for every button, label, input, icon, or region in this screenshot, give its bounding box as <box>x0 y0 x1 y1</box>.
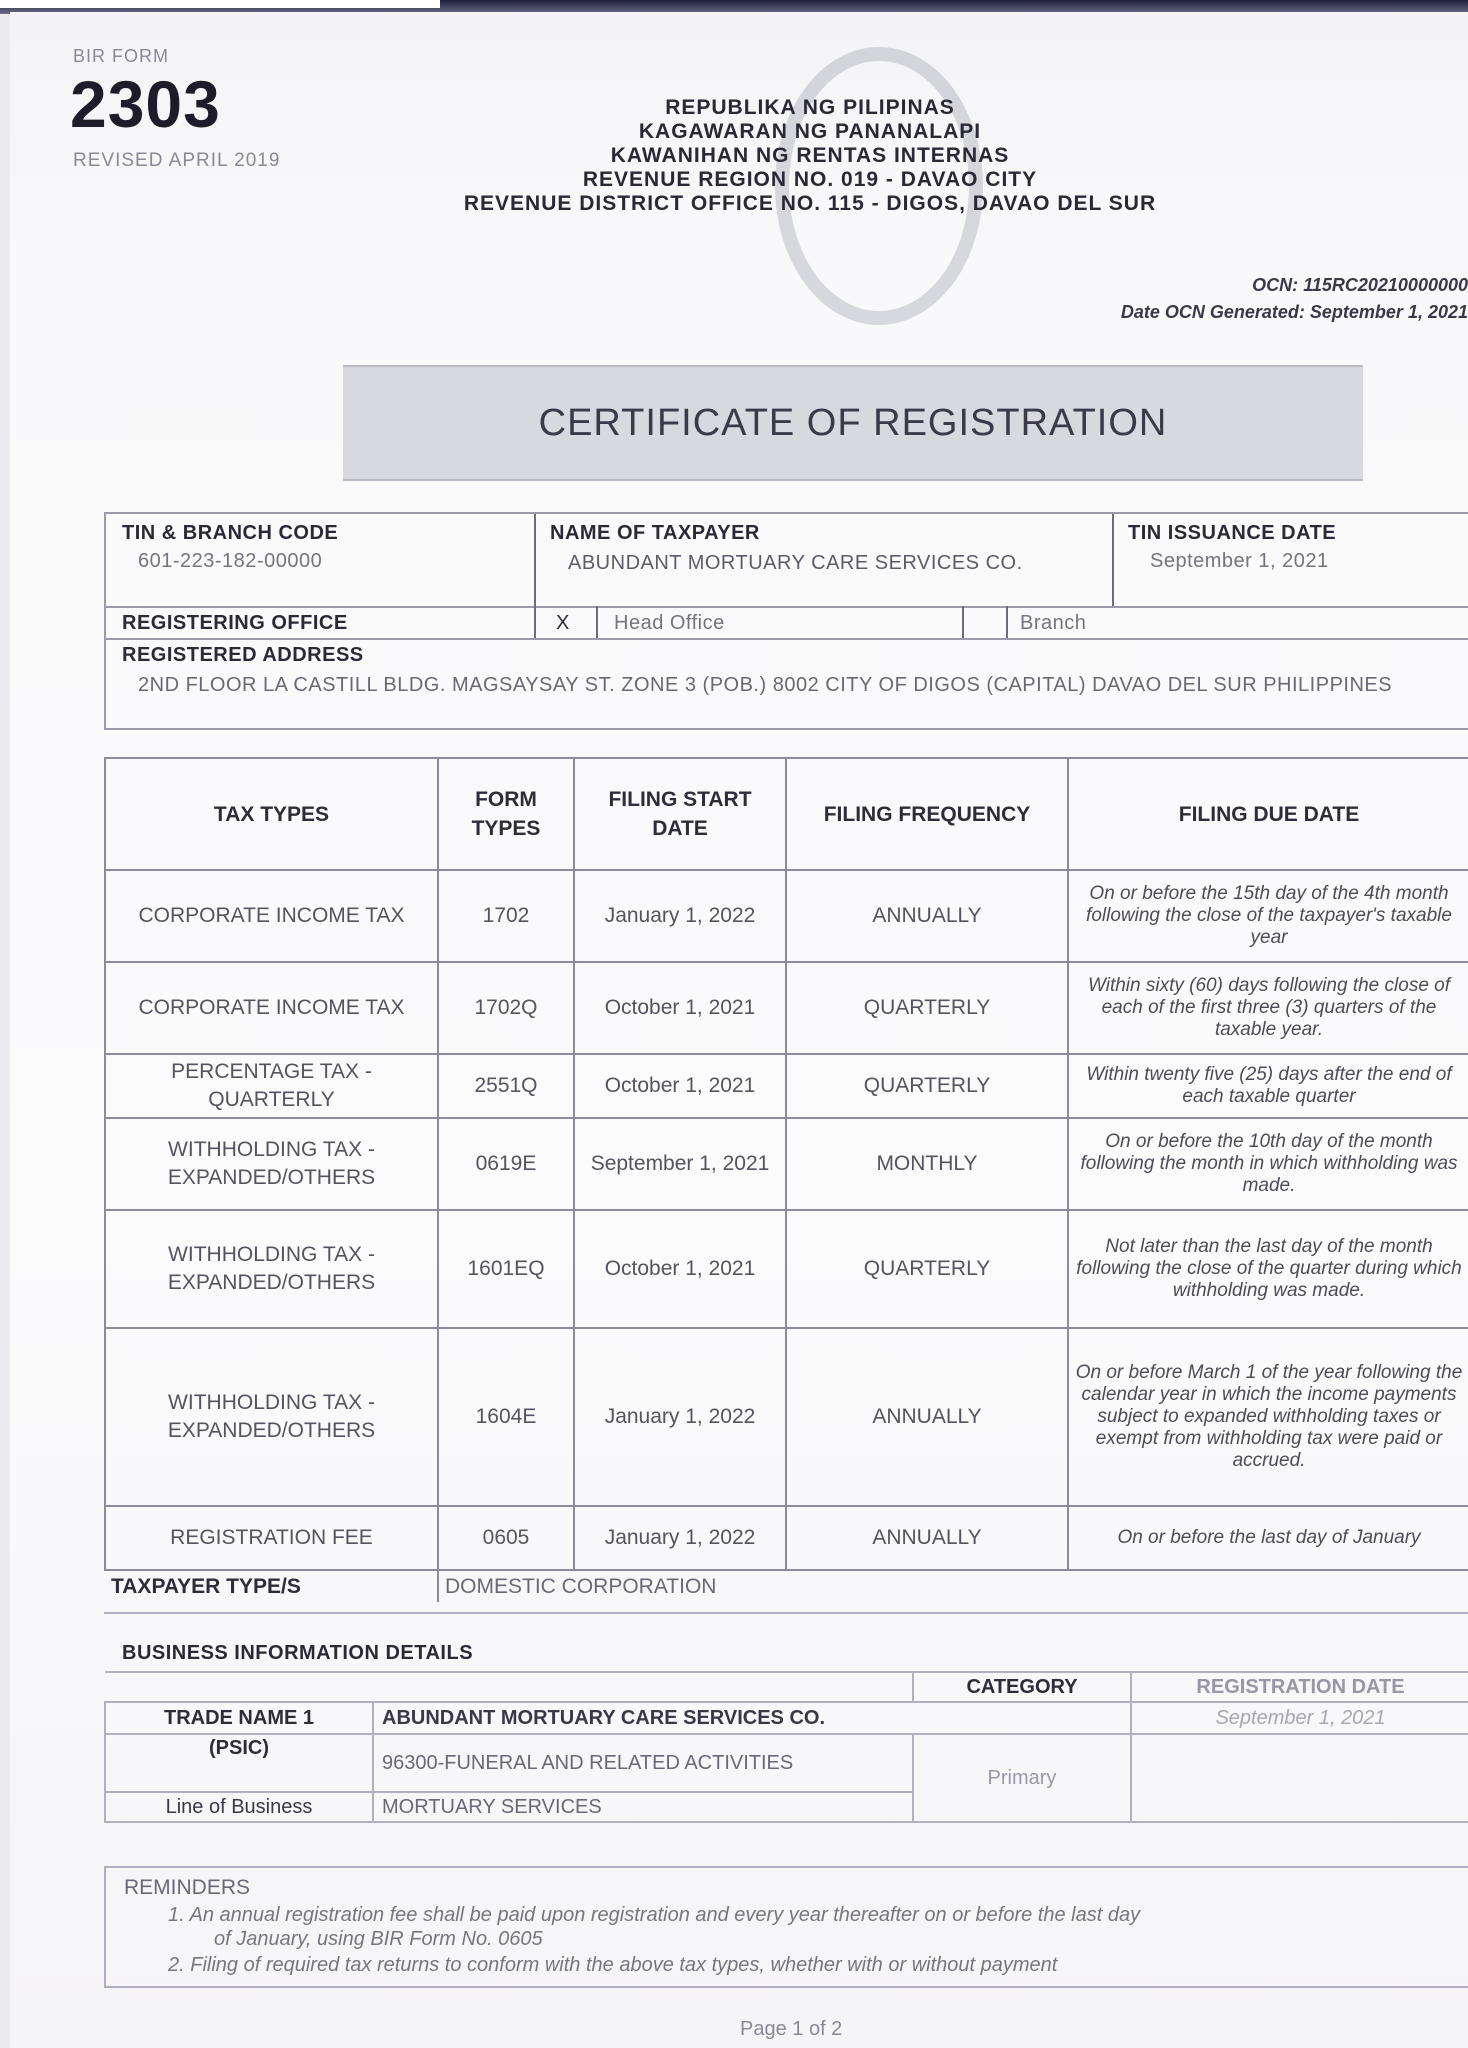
filing-start-cell: January 1, 2022 <box>574 870 786 962</box>
taxpayer-info-box: TIN & BRANCH CODE 601-223-182-00000 NAME… <box>104 512 1468 730</box>
filing-due-cell: On or before the 15th day of the 4th mon… <box>1068 870 1468 962</box>
agency-line: KAWANIHAN NG RENTAS INTERNAS <box>400 144 1220 168</box>
filing-frequency-cell: QUARTERLY <box>786 1210 1068 1328</box>
tax-type-cell: WITHHOLDING TAX - EXPANDED/OTHERS <box>105 1118 438 1210</box>
table-row: REGISTRATION FEE0605January 1, 2022ANNUA… <box>105 1506 1468 1570</box>
line-of-business-value: MORTUARY SERVICES <box>373 1792 913 1822</box>
reminders-box: REMINDERS 1. An annual registration fee … <box>104 1866 1468 1988</box>
business-info-table: CATEGORY REGISTRATION DATE TRADE NAME 1 … <box>104 1671 1468 1823</box>
agency-line: REVENUE REGION NO. 019 - DAVAO CITY <box>400 168 1220 192</box>
col-filing-due-date: FILING DUE DATE <box>1068 758 1468 870</box>
form-type-cell: 0605 <box>438 1506 574 1570</box>
filing-due-cell: On or before March 1 of the year followi… <box>1068 1328 1468 1506</box>
tax-type-cell: WITHHOLDING TAX - EXPANDED/OTHERS <box>105 1210 438 1328</box>
table-row: CORPORATE INCOME TAX1702QOctober 1, 2021… <box>105 962 1468 1054</box>
filing-start-cell: October 1, 2021 <box>574 962 786 1054</box>
form-number: 2303 <box>70 66 221 142</box>
tax-type-cell: CORPORATE INCOME TAX <box>105 870 438 962</box>
filing-frequency-cell: QUARTERLY <box>786 962 1068 1054</box>
ocn-date-value: September 1, 2021 <box>1310 302 1468 322</box>
filing-frequency-cell: QUARTERLY <box>786 1054 1068 1118</box>
taxpayer-type-value: DOMESTIC CORPORATION <box>438 1570 1468 1602</box>
form-type-cell: 1702Q <box>438 962 574 1054</box>
photo-top-strip <box>0 0 440 8</box>
ocn-block: OCN: 115RC20210000000 Date OCN Generated… <box>1121 272 1468 326</box>
tax-type-cell: REGISTRATION FEE <box>105 1506 438 1570</box>
ocn-label: OCN: <box>1252 275 1298 295</box>
form-type-cell: 0619E <box>438 1118 574 1210</box>
form-label: BIR FORM <box>73 46 169 67</box>
filing-start-cell: October 1, 2021 <box>574 1054 786 1118</box>
registered-address-value: 2ND FLOOR LA CASTILL BLDG. MAGSAYSAY ST.… <box>138 672 1458 698</box>
ocn-value: 115RC20210000000 <box>1303 275 1468 295</box>
filing-due-cell: Not later than the last day of the month… <box>1068 1210 1468 1328</box>
filing-frequency-cell: ANNUALLY <box>786 870 1068 962</box>
filing-start-cell: January 1, 2022 <box>574 1328 786 1506</box>
table-row: PERCENTAGE TAX - QUARTERLY2551QOctober 1… <box>105 1054 1468 1118</box>
reminder-item: of January, using BIR Form No. 0605 <box>214 1928 543 1951</box>
registering-office-label: REGISTERING OFFICE <box>122 612 348 635</box>
form-type-cell: 1601EQ <box>438 1210 574 1328</box>
branch-label: Branch <box>1020 612 1086 635</box>
business-info-title: BUSINESS INFORMATION DETAILS <box>122 1642 473 1665</box>
tax-types-table: TAX TYPES FORM TYPES FILING START DATE F… <box>104 757 1468 1602</box>
agency-line: REVENUE DISTRICT OFFICE NO. 115 - DIGOS,… <box>400 192 1220 216</box>
col-filing-start: FILING START DATE <box>574 758 786 870</box>
head-office-checkbox: X <box>556 612 570 635</box>
trade-name-value: ABUNDANT MORTUARY CARE SERVICES CO. <box>373 1702 1131 1734</box>
table-row: WITHHOLDING TAX - EXPANDED/OTHERS1604EJa… <box>105 1328 1468 1506</box>
col-tax-types: TAX TYPES <box>105 758 438 870</box>
registration-date-label: REGISTRATION DATE <box>1131 1672 1468 1702</box>
form-revision: REVISED APRIL 2019 <box>73 150 280 172</box>
form-type-cell: 1604E <box>438 1328 574 1506</box>
filing-start-cell: October 1, 2021 <box>574 1210 786 1328</box>
psic-label: (PSIC) <box>105 1734 373 1792</box>
certificate-title: CERTIFICATE OF REGISTRATION <box>539 402 1168 445</box>
filing-frequency-cell: ANNUALLY <box>786 1328 1068 1506</box>
filing-due-cell: Within twenty five (25) days after the e… <box>1068 1054 1468 1118</box>
table-header-row: TAX TYPES FORM TYPES FILING START DATE F… <box>105 758 1468 870</box>
taxpayer-type-row: TAXPAYER TYPE/S DOMESTIC CORPORATION <box>105 1570 1468 1602</box>
agency-line: KAGAWARAN NG PANANALAPI <box>400 120 1220 144</box>
category-label: CATEGORY <box>913 1672 1131 1702</box>
psic-value: 96300-FUNERAL AND RELATED ACTIVITIES <box>373 1734 913 1792</box>
registered-address-label: REGISTERED ADDRESS <box>122 644 364 667</box>
tax-type-cell: CORPORATE INCOME TAX <box>105 962 438 1054</box>
filing-start-cell: September 1, 2021 <box>574 1118 786 1210</box>
taxpayer-name-label: NAME OF TAXPAYER <box>550 522 760 545</box>
taxpayer-name-value: ABUNDANT MORTUARY CARE SERVICES CO. <box>568 550 1098 576</box>
filing-frequency-cell: MONTHLY <box>786 1118 1068 1210</box>
table-row: WITHHOLDING TAX - EXPANDED/OTHERS0619ESe… <box>105 1118 1468 1210</box>
reminder-item: 1. An annual registration fee shall be p… <box>168 1904 1140 1927</box>
tax-type-cell: PERCENTAGE TAX - QUARTERLY <box>105 1054 438 1118</box>
taxpayer-type-label: TAXPAYER TYPE/S <box>105 1570 438 1602</box>
form-type-cell: 2551Q <box>438 1054 574 1118</box>
tin-value: 601-223-182-00000 <box>138 550 322 573</box>
certificate-title-band: CERTIFICATE OF REGISTRATION <box>343 365 1363 481</box>
head-office-label: Head Office <box>614 612 725 635</box>
table-row: WITHHOLDING TAX - EXPANDED/OTHERS1601EQO… <box>105 1210 1468 1328</box>
reminders-title: REMINDERS <box>124 1876 250 1900</box>
line-of-business-label: Line of Business <box>105 1792 373 1822</box>
col-form-types: FORM TYPES <box>438 758 574 870</box>
form-type-cell: 1702 <box>438 870 574 962</box>
tin-label: TIN & BRANCH CODE <box>122 522 338 545</box>
filing-due-cell: On or before the last day of January <box>1068 1506 1468 1570</box>
tax-type-cell: WITHHOLDING TAX - EXPANDED/OTHERS <box>105 1328 438 1506</box>
page-number: Page 1 of 2 <box>740 2018 842 2041</box>
filing-start-cell: January 1, 2022 <box>574 1506 786 1570</box>
registration-date-value: September 1, 2021 <box>1131 1702 1468 1734</box>
filing-frequency-cell: ANNUALLY <box>786 1506 1068 1570</box>
trade-name-label: TRADE NAME 1 <box>105 1702 373 1734</box>
ocn-date-label: Date OCN Generated: <box>1121 302 1305 322</box>
agency-line: REPUBLIKA NG PILIPINAS <box>400 96 1220 120</box>
reminder-item: 2. Filing of required tax returns to con… <box>168 1954 1057 1977</box>
table-row: CORPORATE INCOME TAX1702January 1, 2022A… <box>105 870 1468 962</box>
category-value: Primary <box>913 1734 1131 1822</box>
filing-due-cell: Within sixty (60) days following the clo… <box>1068 962 1468 1054</box>
tin-issuance-value: September 1, 2021 <box>1150 550 1329 573</box>
tin-issuance-label: TIN ISSUANCE DATE <box>1128 522 1336 545</box>
filing-due-cell: On or before the 10th day of the month f… <box>1068 1118 1468 1210</box>
col-filing-frequency: FILING FREQUENCY <box>786 758 1068 870</box>
agency-header: REPUBLIKA NG PILIPINAS KAGAWARAN NG PANA… <box>400 96 1220 216</box>
